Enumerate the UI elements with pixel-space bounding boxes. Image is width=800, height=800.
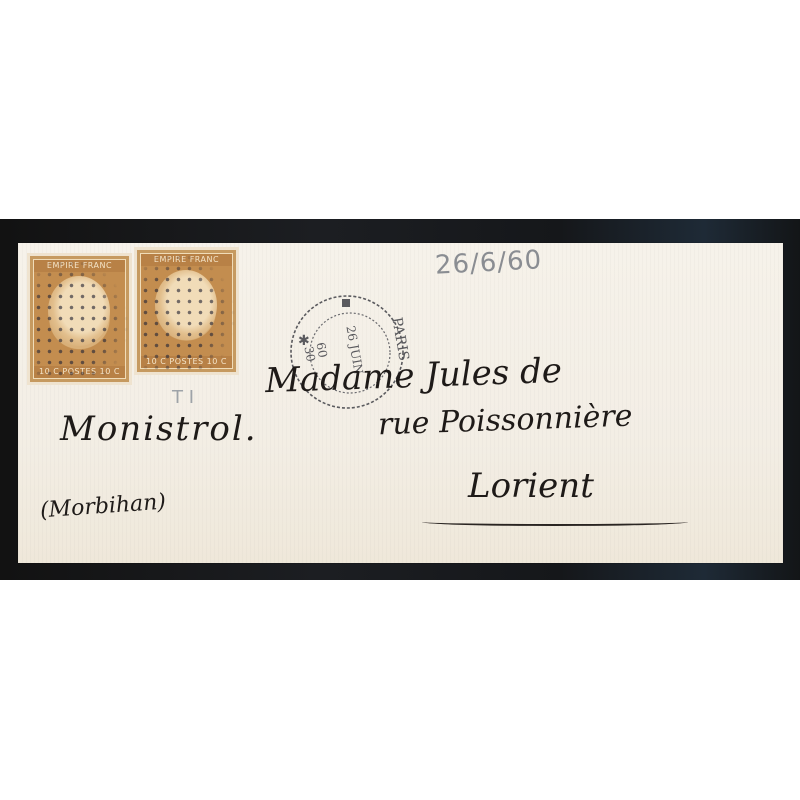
dotted-cancel-icon — [30, 256, 129, 382]
dotted-cancel-icon — [137, 250, 236, 372]
city-underline — [422, 518, 688, 526]
pencil-type-annotation: T I — [172, 387, 194, 408]
address-name: Monistrol. — [60, 409, 258, 449]
stamp-left: EMPIRE FRANC 10 C POSTES 10 C — [27, 253, 132, 385]
address-city: Lorient — [468, 466, 594, 506]
pencil-date-annotation: 26/6/60 — [434, 245, 543, 281]
stamp-right: EMPIRE FRANC 10 C POSTES 10 C — [134, 247, 239, 375]
